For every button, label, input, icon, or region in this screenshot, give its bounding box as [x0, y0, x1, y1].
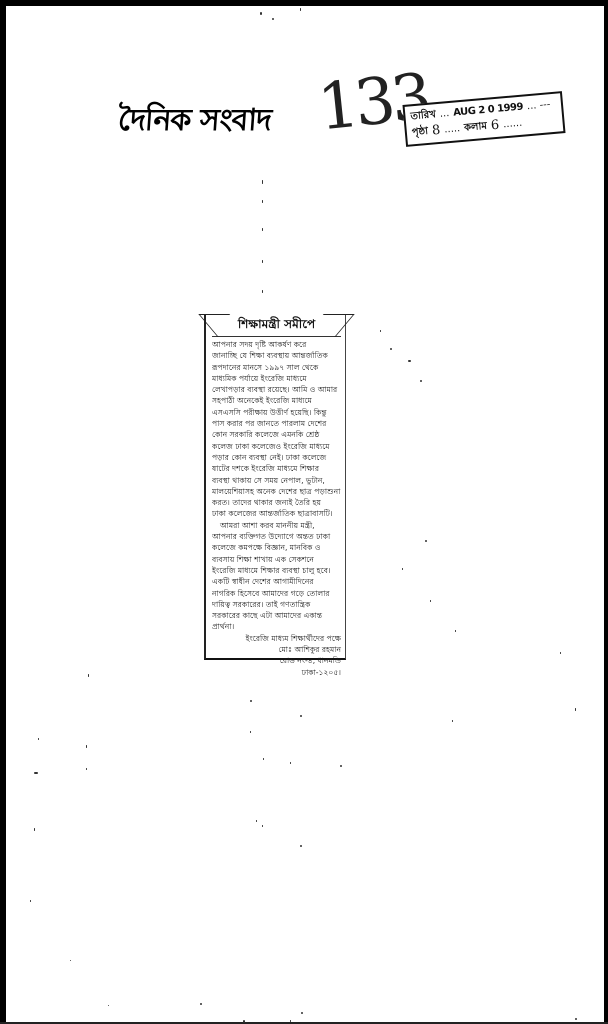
- scan-speck: [200, 1003, 202, 1005]
- clipping-line: ঢাকা কলেজের আন্তর্জাতিক ছাত্রাবাসটি।: [212, 508, 341, 519]
- scan-border-right: [604, 0, 608, 1024]
- clipping-line: ইংরেজি মাধ্যমে শিক্ষার ব্যবস্থা চালু হবে…: [212, 565, 341, 576]
- scan-speck: [262, 260, 263, 263]
- scan-speck: [86, 745, 87, 748]
- clipping-line: রূপদানের মানসে ১৯৯৭ সাল থেকে: [212, 362, 341, 373]
- clipping-body: আপনার সদয় দৃষ্টি আকর্ষণ করেজানাচ্ছি যে …: [212, 339, 341, 633]
- scan-speck: [380, 330, 381, 332]
- scan-speck: [408, 360, 411, 362]
- scan-speck: [452, 720, 453, 722]
- clipping-line: করত। তাদের থাকার জন্যই তৈরি হয়: [212, 497, 341, 508]
- newspaper-masthead: দৈনিক সংবাদ: [116, 96, 272, 147]
- scan-speck: [243, 1020, 245, 1023]
- clipping-line: কলেজে কমপক্ষে বিজ্ঞান, মানবিক ও: [212, 542, 341, 553]
- clipping-line: ব্যবস্থা থাকায় সে সময় নেপাল, ভুটান,: [212, 475, 341, 486]
- clipping-line: দায়িত্ব সরকারের। তাই গণতান্ত্রিক: [212, 599, 341, 610]
- stamp-page-label: পৃষ্ঠা: [411, 124, 429, 141]
- stamp-column-value: 6: [490, 118, 500, 135]
- signature-line: রোড নং-৪, ধানমন্ডি: [212, 655, 341, 666]
- scan-speck: [301, 1012, 303, 1014]
- scan-speck: [250, 700, 252, 702]
- scan-speck: [262, 825, 263, 827]
- stamp-column-label: কলাম: [463, 119, 487, 137]
- newspaper-clipping: শিক্ষামন্ত্রী সমীপে আপনার সদয় দৃষ্টি আক…: [204, 314, 346, 660]
- scan-border-top: [0, 0, 608, 6]
- scan-speck: [250, 731, 251, 733]
- scan-speck: [425, 540, 427, 542]
- clipping-line: এসএসসি পরীক্ষায় উত্তীর্ণ হয়েছি। কিন্তু: [212, 407, 341, 418]
- clipping-line: আমরা আশা করব মাননীয় মন্ত্রী,: [212, 520, 341, 531]
- clipping-line: আপনার সদয় দৃষ্টি আকর্ষণ করে: [212, 339, 341, 350]
- scan-speck: [260, 12, 262, 15]
- scan-speck: [262, 228, 263, 231]
- clipping-line: পাস করার পর জানতে পারলাম দেশের: [212, 418, 341, 429]
- clipping-line: একটি স্বাধীন দেশের আগামীদিনের: [212, 576, 341, 587]
- scan-speck: [300, 715, 302, 717]
- scan-speck: [402, 568, 403, 570]
- clipping-line: মাধ্যমিক পর্যায়ে ইংরেজি মাধ্যমে: [212, 373, 341, 384]
- clipping-line: লেখাপড়ার ব্যবস্থা রয়েছে। আমি ও আমার: [212, 384, 341, 395]
- clipping-line: কলেজ ঢাকা কলেজেও ইংরেজি মাধ্যমে: [212, 441, 341, 452]
- stamp-dots: ...: [439, 106, 450, 123]
- scan-border-left: [0, 0, 6, 1024]
- scan-speck: [256, 820, 257, 822]
- scan-speck: [262, 200, 263, 203]
- clipping-line: সরকারের কাছে এটা আমাদের একান্ত: [212, 610, 341, 621]
- scan-speck: [290, 762, 291, 764]
- scan-speck: [34, 828, 35, 831]
- scan-speck: [420, 380, 422, 382]
- scan-speck: [34, 772, 38, 774]
- scan-speck: [262, 290, 263, 293]
- scan-speck: [430, 600, 431, 602]
- scan-speck: [108, 1005, 109, 1006]
- signature-line: ঢাকা-১২০৫।: [212, 667, 341, 678]
- clipping-line: মালয়েশিয়াসহ অনেক দেশের ছাত্র পড়াশুনা: [212, 486, 341, 497]
- scan-speck: [455, 630, 456, 632]
- scan-speck: [38, 738, 39, 740]
- scan-speck: [262, 180, 263, 184]
- scan-speck: [290, 1020, 291, 1022]
- scan-speck: [560, 652, 561, 654]
- scan-speck: [70, 960, 71, 961]
- scan-speck: [86, 768, 87, 770]
- clipping-line: ব্যবসায় শিক্ষা শাখায় এক সেকশনে: [212, 554, 341, 565]
- scan-speck: [30, 900, 31, 902]
- scan-speck: [390, 348, 392, 350]
- signature-line: মোঃ আশিকুর রহমান: [212, 644, 341, 655]
- scan-speck: [340, 765, 342, 767]
- scan-speck: [575, 1018, 577, 1020]
- stamp-page-value: 8: [431, 123, 441, 140]
- stamp-dots: ... ---: [526, 97, 551, 115]
- scan-speck: [88, 674, 89, 677]
- clipping-line: আপনার ব্যক্তিগত উদ্যোগে অন্তত ঢাকা: [212, 531, 341, 542]
- clipping-line: ষাটের দশকে ইংরেজি মাধ্যমে শিক্ষার: [212, 463, 341, 474]
- scan-speck: [300, 845, 302, 847]
- clipping-line: সহপাঠী অনেকেই ইংরেজি মাধ্যমে: [212, 395, 341, 406]
- clipping-line: পড়ার কোন ব্যবস্থা নেই। ঢাকা কলেজে: [212, 452, 341, 463]
- stamp-dots: .....: [444, 121, 461, 138]
- clipping-signature: ইংরেজি মাধ্যম শিক্ষার্থীদের পক্ষেমোঃ আশি…: [212, 633, 341, 678]
- clipping-line: কোন সরকারি কলেজে এমনকি শ্রেষ্ঠ: [212, 429, 341, 440]
- scan-speck: [272, 18, 274, 20]
- clipping-line: নাগরিক হিসেবে আমাদের গড়ে তোলার: [212, 588, 341, 599]
- clipping-title: শিক্ষামন্ত্রী সমীপে: [212, 316, 341, 337]
- scan-speck: [575, 708, 576, 711]
- signature-line: ইংরেজি মাধ্যম শিক্ষার্থীদের পক্ষে: [212, 633, 341, 644]
- clipping-line: প্রার্থনা।: [212, 621, 341, 632]
- scan-speck: [263, 758, 264, 760]
- clipping-line: জানাচ্ছি যে শিক্ষা ব্যবস্থায় আন্তর্জাতি…: [212, 350, 341, 361]
- stamp-dots: ......: [503, 116, 523, 134]
- scan-speck: [300, 8, 301, 11]
